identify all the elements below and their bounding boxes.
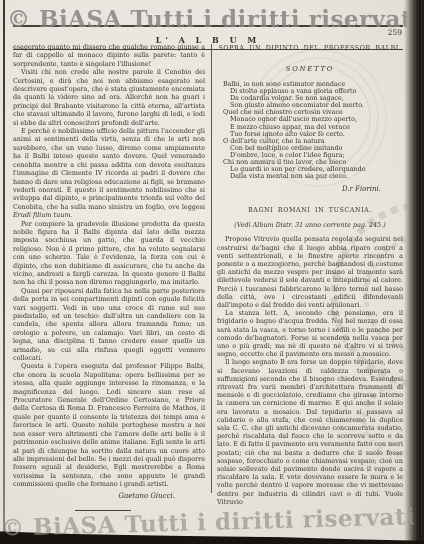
- sonnet-line: Chi non ammira il tuo lavor, che bieco: [223, 159, 403, 166]
- paragraph: Per compiere la gradevole illusione prod…: [13, 220, 205, 287]
- right-column: SOPRA UN DIPINTO DEL PROFESSOR BALBI. SO…: [217, 43, 403, 511]
- latin-phrase: Erudi filium tuum.: [13, 211, 72, 219]
- sonnet-line: Dalla vista mental non sia pur cieco.: [223, 173, 403, 180]
- paragraph: E perchè è nobilissimo ufficio della pit…: [13, 127, 205, 219]
- scanned-page: © BiASA Tutti i diritti riservati L' A L…: [0, 0, 424, 544]
- column-divider-rule: [211, 44, 212, 493]
- sonnet-line: E mezzo chiuso appar, ma del verace: [223, 124, 403, 131]
- sonnet-line: Da codardia volgar. Se non sagace,: [223, 95, 403, 102]
- sonnet-line: Monaco ognor dall'uscio mezzo aperto,: [223, 116, 403, 123]
- sonnet-label: SONETTO: [217, 65, 403, 73]
- bagni-article-heading: BAGNI ROMANI IN TUSCANIA.: [217, 207, 403, 214]
- sonnet-article-heading: SOPRA UN DIPINTO DEL PROFESSOR BALBI.: [217, 45, 403, 52]
- paragraph: La stanza lett. A, secondo che pensiamo,…: [217, 309, 403, 358]
- biasa-watermark-top: © BiASA Tutti i diritti riservati: [7, 6, 421, 33]
- paragraph-text: E perchè è nobilissimo ufficio della pit…: [13, 127, 205, 211]
- sonnet-line: Son giusto almeno encomiator del merto.: [223, 102, 403, 109]
- paragraph: Questa è l'opera eseguita dal professor …: [13, 362, 205, 488]
- sonnet-line: Balbi, io non sono estimator mendace: [223, 81, 403, 88]
- text-columns: esagerato quanto mi dissero che qualche …: [13, 43, 403, 511]
- paragraph: Il luogo segnato B era forse un doppio t…: [217, 358, 403, 506]
- author-signature: Gaetano Giucci.: [13, 492, 205, 500]
- sonnet-line: O dell'arte cultor, che la natura: [223, 138, 403, 145]
- scan-edge-right: [404, 0, 424, 544]
- scan-edge-left: [3, 0, 5, 534]
- sonnet-line: Con bel moltiplice ordine imitando: [223, 145, 403, 152]
- sonnet-line: Lo guardi io son per credere, allorquand…: [223, 166, 403, 173]
- paragraph: Propose Vitruvio quella pensata regola d…: [217, 235, 403, 309]
- sonnet-line: Quel che nel chiostro certosin vivace: [223, 109, 403, 116]
- paragraph: Visiti chi non crede alle nostre parole …: [13, 68, 205, 127]
- reference-line: (Vedi Album Distr. 31 anno corrente pag.…: [217, 221, 403, 229]
- poet-signature: D.r Fiorini.: [217, 185, 403, 193]
- sonnet-line: Tuo forse ignoto alto valor fè certo.: [223, 131, 403, 138]
- sonnet-line: D'ombre, luce, e color l'idee figura;: [223, 152, 403, 159]
- left-column: esagerato quanto mi dissero che qualche …: [13, 43, 205, 511]
- sonnet: Balbi, io non sono estimator mendace Di …: [223, 81, 403, 180]
- paragraph: Quasi per riposarsi dalla fatica ha nell…: [13, 287, 205, 363]
- sonnet-line: Di stolto applauso a vana gloria offerto: [223, 88, 403, 95]
- paragraph: esagerato quanto mi dissero che qualche …: [13, 43, 205, 68]
